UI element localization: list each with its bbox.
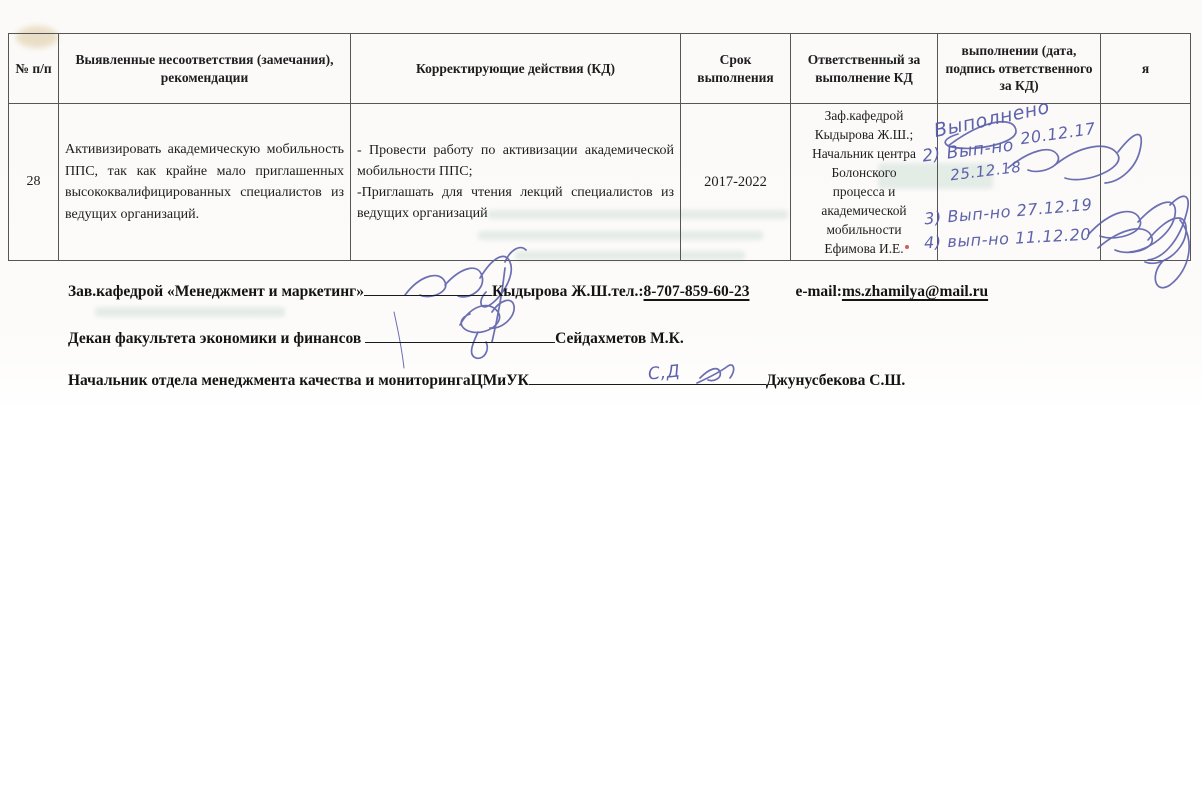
footer-line-3: Начальник отдела менеджмента качества и … (68, 371, 905, 390)
header-responsible: Ответственный за выполнение КД (791, 34, 938, 104)
footer-line-3-label: Начальник отдела менеджмента качества и … (68, 372, 529, 389)
header-num: № п/п (9, 34, 59, 104)
phone-number: 8-707-859-60-23 (644, 283, 750, 300)
table-header-row: № п/п Выявленные несоответствия (замечан… (9, 34, 1191, 104)
footer-line-2-label: Декан факультета экономики и финансов (68, 330, 361, 347)
cell-issue: Активизировать академическую мобильность… (59, 104, 351, 261)
cell-responsible: Заф.кафедрой Кыдырова Ж.Ш.; Начальник це… (791, 104, 938, 261)
signature-blank (529, 371, 766, 385)
cell-row-number: 28 (9, 104, 59, 261)
footer-line-1-label: Зав.кафедрой «Менеджмент и маркетинг» (68, 283, 364, 300)
footer-line-1: Зав.кафедрой «Менеджмент и маркетинг»Кыд… (68, 282, 988, 301)
email-address: ms.zhamilya@mail.ru (842, 283, 988, 300)
header-issues: Выявленные несоответствия (замечания), р… (59, 34, 351, 104)
header-term: Срок выполнения (681, 34, 791, 104)
signature-blank (364, 282, 492, 296)
header-execution: выполнении (дата, подпись ответственного… (938, 34, 1101, 104)
cell-term: 2017-2022 (681, 104, 791, 261)
footer-line-3-name: Джунусбекова С.Ш. (766, 372, 905, 389)
cell-truncated (1101, 104, 1191, 261)
bleedthrough-smudge (95, 307, 285, 317)
signature-blank (365, 329, 555, 343)
email-label: e-mail: (795, 283, 841, 300)
cell-actions: - Провести работу по активизации академи… (351, 104, 681, 261)
footer-line-2: Декан факультета экономики и финансов Се… (68, 329, 684, 348)
header-actions: Корректирующие действия (КД) (351, 34, 681, 104)
footer-line-1-name: Кыдырова Ж.Ш.тел.: (492, 283, 644, 300)
red-ink-dot (905, 245, 909, 249)
scanned-document-page: № п/п Выявленные несоответствия (замечан… (0, 0, 1202, 796)
footer-line-2-name: Сейдахметов М.К. (555, 330, 684, 347)
header-truncated: я (1101, 34, 1191, 104)
